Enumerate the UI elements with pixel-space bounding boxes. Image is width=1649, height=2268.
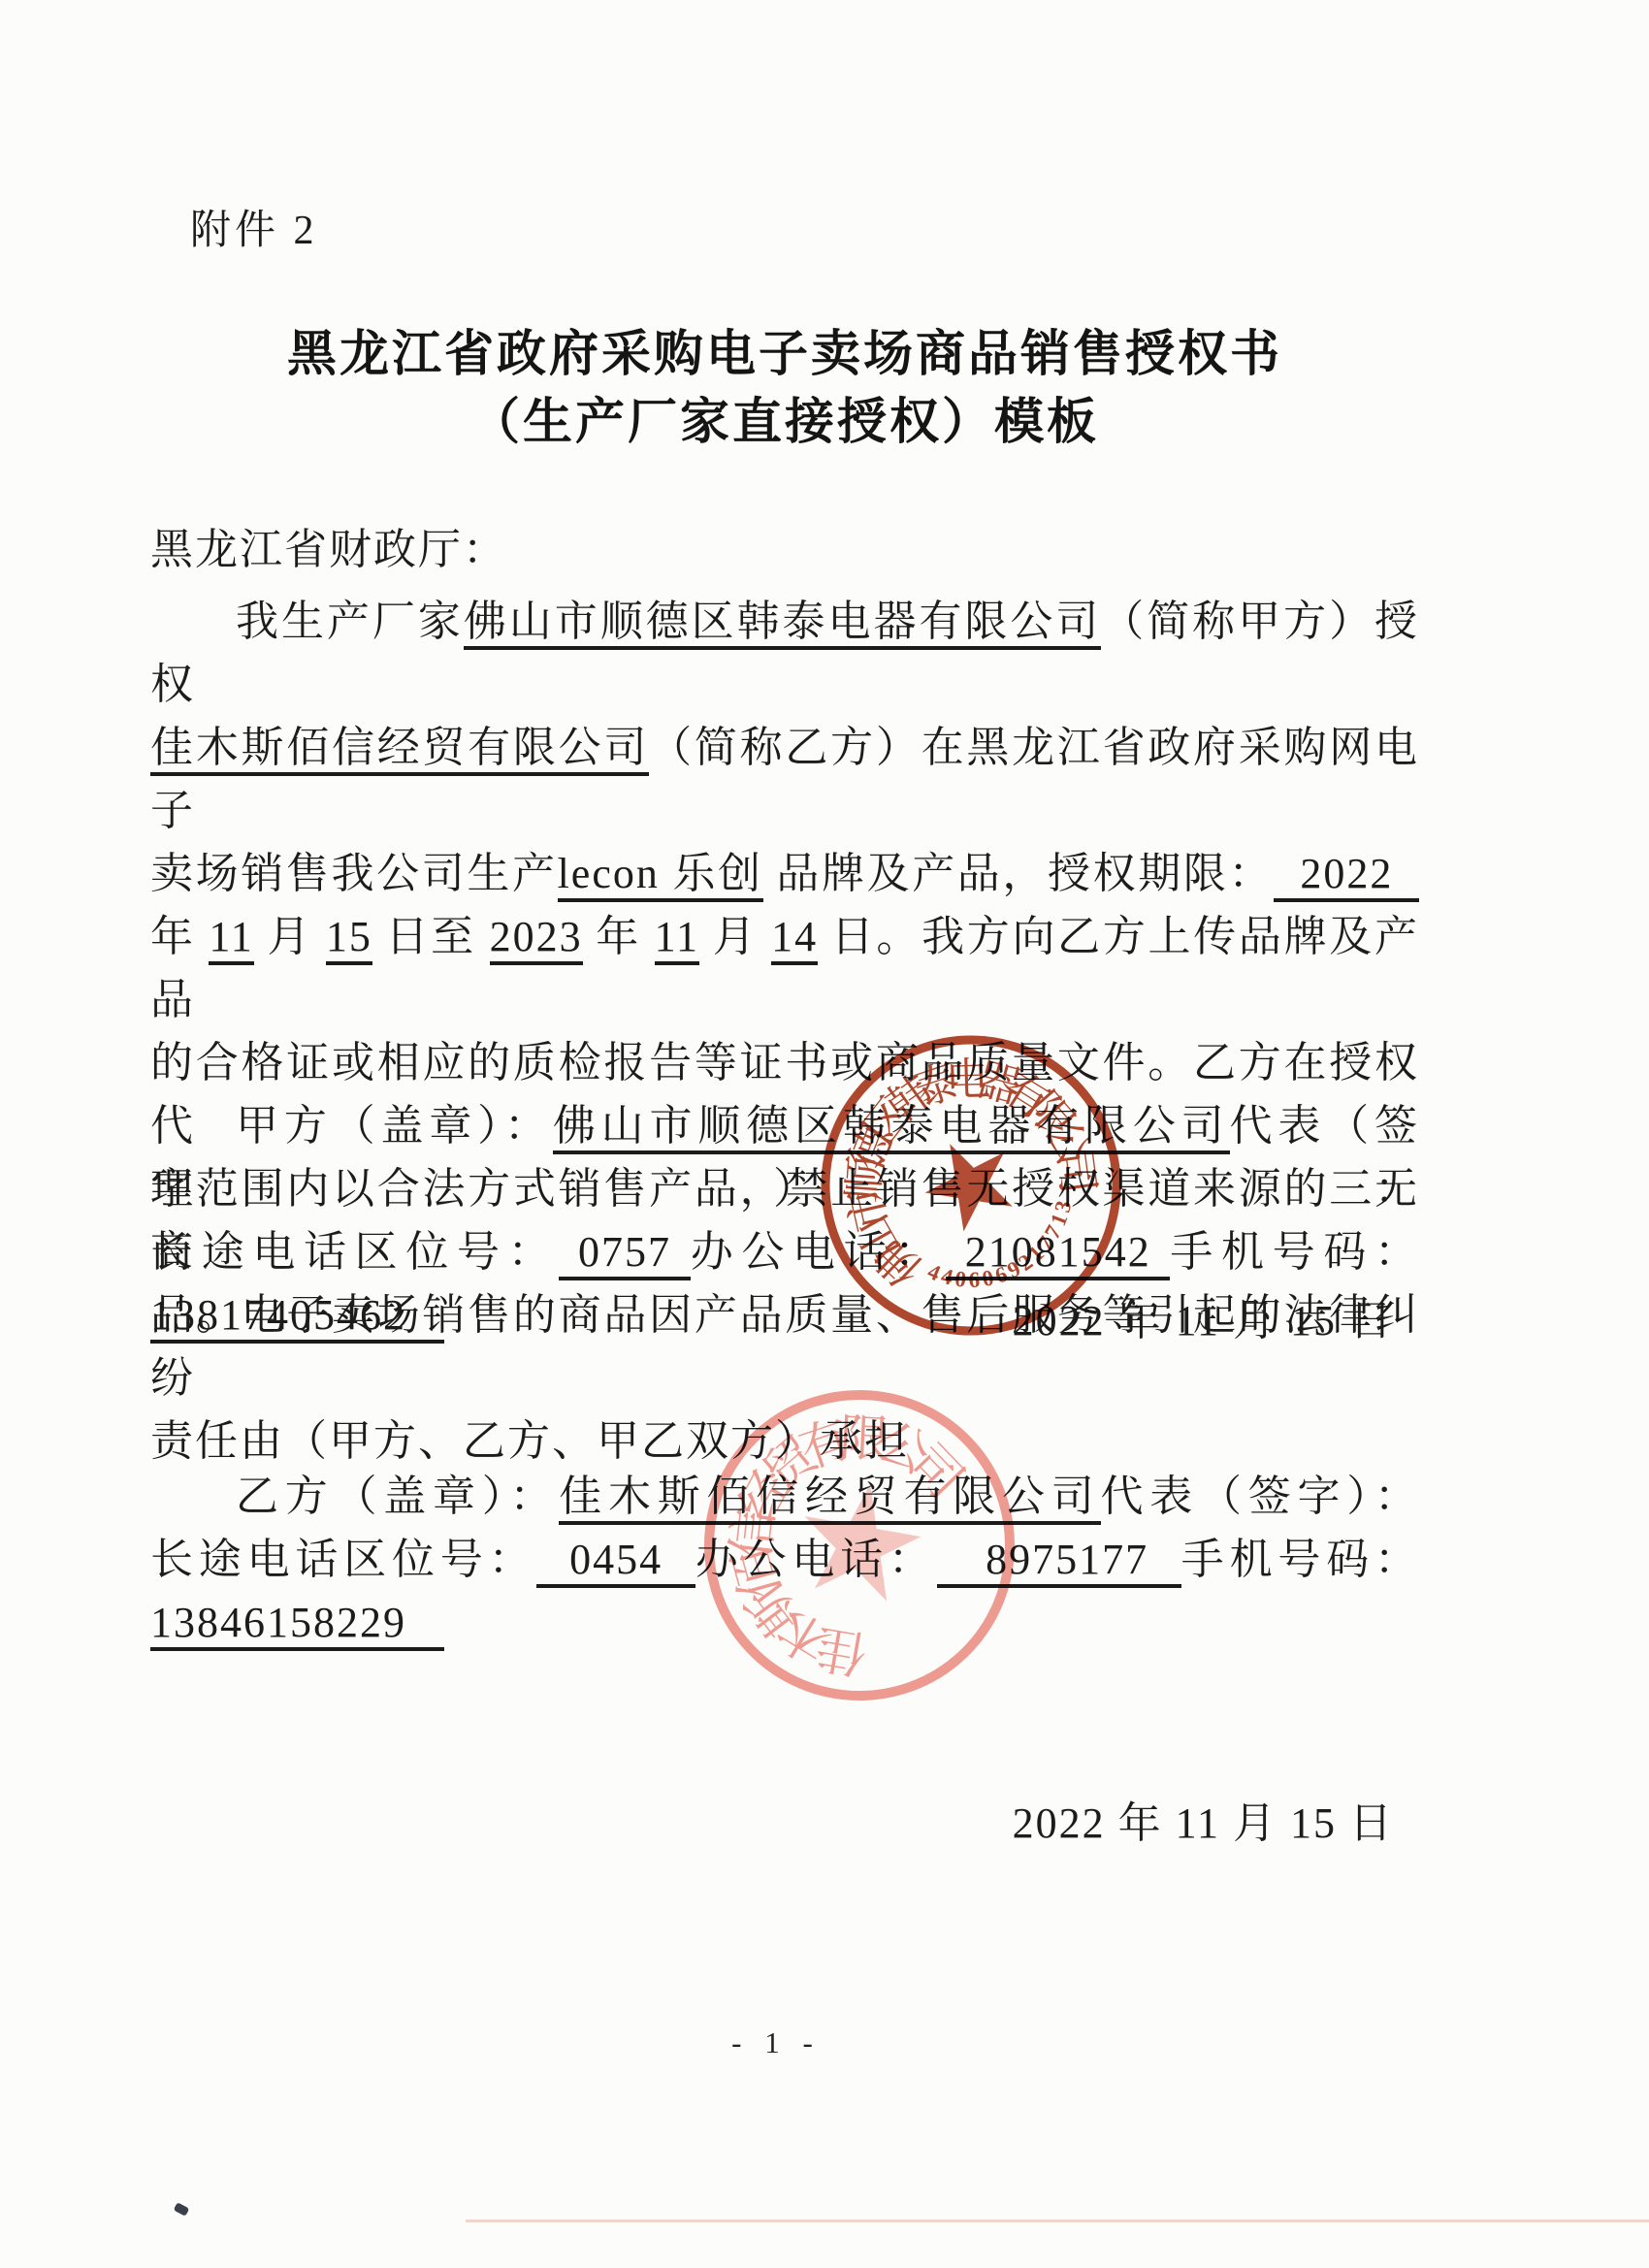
scan-speck <box>174 2202 190 2217</box>
text-line: 长途电话区位号： 0757 办公电话： 21081542 手机号码： <box>150 1220 1419 1283</box>
text-segment: 月 <box>699 913 771 960</box>
text-line: 13846158229 <box>150 1591 1419 1654</box>
text-segment: 月 <box>254 913 326 960</box>
underlined-text: 11 <box>655 913 699 965</box>
text-segment: 乙方（盖章）： <box>236 1473 559 1520</box>
underlined-text: 11 <box>209 913 253 965</box>
underlined-text: 佳木斯佰信经贸有限公司 <box>150 724 649 776</box>
scan-artifact-line <box>466 2219 1649 2222</box>
text-segment: 我生产厂家 <box>236 598 464 645</box>
underlined-text: 8975177 <box>937 1536 1181 1588</box>
text-segment: 代表（签字）： <box>1101 1473 1420 1520</box>
underlined-text: lecon 乐创 <box>558 850 763 902</box>
text-segment: 办公电话： <box>695 1536 937 1583</box>
text-line: 黑龙江省财政厅： <box>150 518 1419 581</box>
text-line: 年 11 月 15 日至 2023 年 11 月 14 日。我方向乙方上传品牌及… <box>150 905 1419 1031</box>
text-segment: 长途电话区位号： <box>150 1228 559 1276</box>
text-segment: 甲方（盖章）： <box>236 1102 553 1150</box>
text-segment: 日至 <box>372 913 490 960</box>
text-line: 佳木斯佰信经贸有限公司（简称乙方）在黑龙江省政府采购网电子 <box>150 716 1419 842</box>
underlined-text: 2022 <box>1274 850 1419 902</box>
party-b-block: 乙方（盖章）：佳木斯佰信经贸有限公司代表（签字）：长途电话区位号： 0454 办… <box>150 1465 1419 1654</box>
text-line: 责任由（甲方、乙方、甲乙双方）承担 <box>150 1409 1419 1473</box>
underlined-text: 佳木斯佰信经贸有限公司 <box>559 1473 1100 1525</box>
text-segment: 卖场销售我公司生产 <box>150 850 558 897</box>
document-title-line2: （生产厂家直接授权）模板 <box>150 388 1419 456</box>
underlined-text: 佛山市顺德区韩泰电器有限公司 <box>553 1102 1230 1154</box>
underlined-text: 0454 <box>536 1536 695 1588</box>
text-segment: 年 <box>150 913 209 960</box>
text-segment: 长途电话区位号： <box>150 1536 536 1583</box>
underlined-text: 21081542 <box>946 1228 1170 1280</box>
page-number: - 1 - <box>0 2025 1552 2060</box>
underlined-text: 13846158229 <box>150 1599 444 1651</box>
text-line: 长途电话区位号： 0454 办公电话： 8975177 手机号码： <box>150 1528 1419 1591</box>
text-segment: 黑龙江省财政厅： <box>150 526 507 573</box>
text-line: 乙方（盖章）：佳木斯佰信经贸有限公司代表（签字）： <box>150 1465 1419 1528</box>
salutation: 黑龙江省财政厅： <box>150 518 1419 581</box>
text-segment: 品牌及产品，授权期限： <box>763 850 1274 897</box>
text-line: 卖场销售我公司生产lecon 乐创 品牌及产品，授权期限： 2022 <box>150 842 1419 905</box>
underlined-text: 2023 <box>490 913 583 965</box>
text-segment: 责任由（甲方、乙方、甲乙双方）承担 <box>150 1417 909 1465</box>
document-page: 附件 2 黑龙江省政府采购电子卖场商品销售授权书 （生产厂家直接授权）模板 黑龙… <box>0 0 1649 2268</box>
underlined-text: 15 <box>326 913 372 965</box>
text-line: 甲方（盖章）：佛山市顺德区韩泰电器有限公司代表（签字）： <box>150 1094 1419 1220</box>
party-b-date: 2022 年 11 月 15 日 <box>150 1795 1419 1853</box>
text-segment: 手机号码： <box>1181 1536 1419 1583</box>
underlined-text: 14 <box>771 913 818 965</box>
party-a-date: 2022 年 11 月 15 日 <box>150 1292 1419 1350</box>
document-title: 黑龙江省政府采购电子卖场商品销售授权书 （生产厂家直接授权）模板 <box>150 320 1419 456</box>
text-segment: 办公电话： <box>691 1228 946 1276</box>
text-segment: 手机号码： <box>1170 1228 1419 1276</box>
attachment-label: 附件 2 <box>190 198 318 256</box>
underlined-text: 佛山市顺德区韩泰电器有限公司 <box>464 598 1101 650</box>
document-title-line1: 黑龙江省政府采购电子卖场商品销售授权书 <box>150 320 1419 388</box>
text-segment: 年 <box>583 913 655 960</box>
underlined-text: 0757 <box>559 1228 690 1280</box>
text-line: 我生产厂家佛山市顺德区韩泰电器有限公司（简称甲方）授权 <box>150 590 1419 716</box>
